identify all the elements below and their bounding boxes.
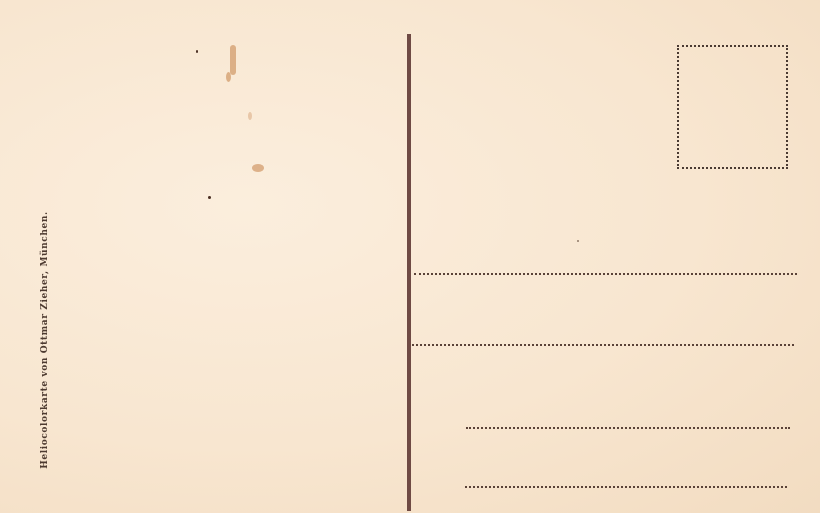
ink-speck (208, 196, 211, 199)
address-line-4 (465, 486, 787, 488)
address-line-3 (466, 427, 790, 429)
ink-speck (196, 50, 198, 53)
publisher-imprint: Heliocolorkarte von Ottmar Zieher, Münch… (40, 211, 50, 468)
ink-speck (577, 240, 579, 242)
stamp-placement-box (677, 45, 788, 169)
center-divider-line (407, 34, 411, 511)
address-line-1 (414, 273, 797, 275)
postcard-back: Heliocolorkarte von Ottmar Zieher, Münch… (0, 0, 820, 513)
address-line-2 (412, 344, 794, 346)
foxing-stain (230, 45, 236, 75)
foxing-stain (252, 164, 264, 172)
foxing-stain (226, 72, 231, 82)
foxing-stain (248, 112, 252, 120)
